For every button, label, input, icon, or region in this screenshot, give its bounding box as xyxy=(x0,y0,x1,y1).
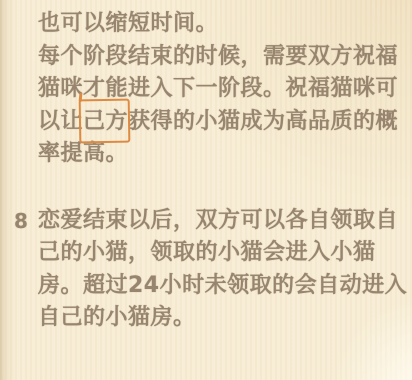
intro-line-4-pre: 以让 xyxy=(38,109,83,134)
list-item-8: 8 恋爱结束以后，双方可以各自领取自 己的小猫，领取的小猫会进入小猫 房。超过2… xyxy=(38,205,404,335)
highlight-box-jifang: 己方 xyxy=(83,106,128,139)
help-page: 也可以缩短时间。 每个阶段结束的时候，需要双方祝福 猫咪才能进入下一阶段。祝福猫… xyxy=(0,0,412,380)
item8-line-1: 恋爱结束以后，双方可以各自领取自 xyxy=(38,205,404,238)
intro-line-3: 猫咪才能进入下一阶段。祝福猫咪可 xyxy=(38,73,404,106)
item8-line-4: 自己的小猫房。 xyxy=(38,302,404,335)
intro-line-4: 以让己方获得的小猫成为高品质的概 xyxy=(38,106,404,139)
item8-line-3: 房。超过24小时未领取的会自动进入 xyxy=(38,270,404,303)
intro-line-1: 也可以缩短时间。 xyxy=(38,8,404,41)
intro-line-5: 率提高。 xyxy=(38,138,404,171)
list-item-8-text: 恋爱结束以后，双方可以各自领取自 己的小猫，领取的小猫会进入小猫 房。超过24小… xyxy=(38,205,404,335)
intro-line-4-post: 获得的小猫成为高品质的概 xyxy=(128,109,398,134)
help-text-body: 也可以缩短时间。 每个阶段结束的时候，需要双方祝福 猫咪才能进入下一阶段。祝福猫… xyxy=(38,8,404,335)
list-item-8-number: 8 xyxy=(14,205,28,238)
item8-line-2: 己的小猫，领取的小猫会进入小猫 xyxy=(38,237,404,270)
intro-line-2: 每个阶段结束的时候，需要双方祝福 xyxy=(38,41,404,74)
paragraph-intro: 也可以缩短时间。 每个阶段结束的时候，需要双方祝福 猫咪才能进入下一阶段。祝福猫… xyxy=(38,8,404,171)
